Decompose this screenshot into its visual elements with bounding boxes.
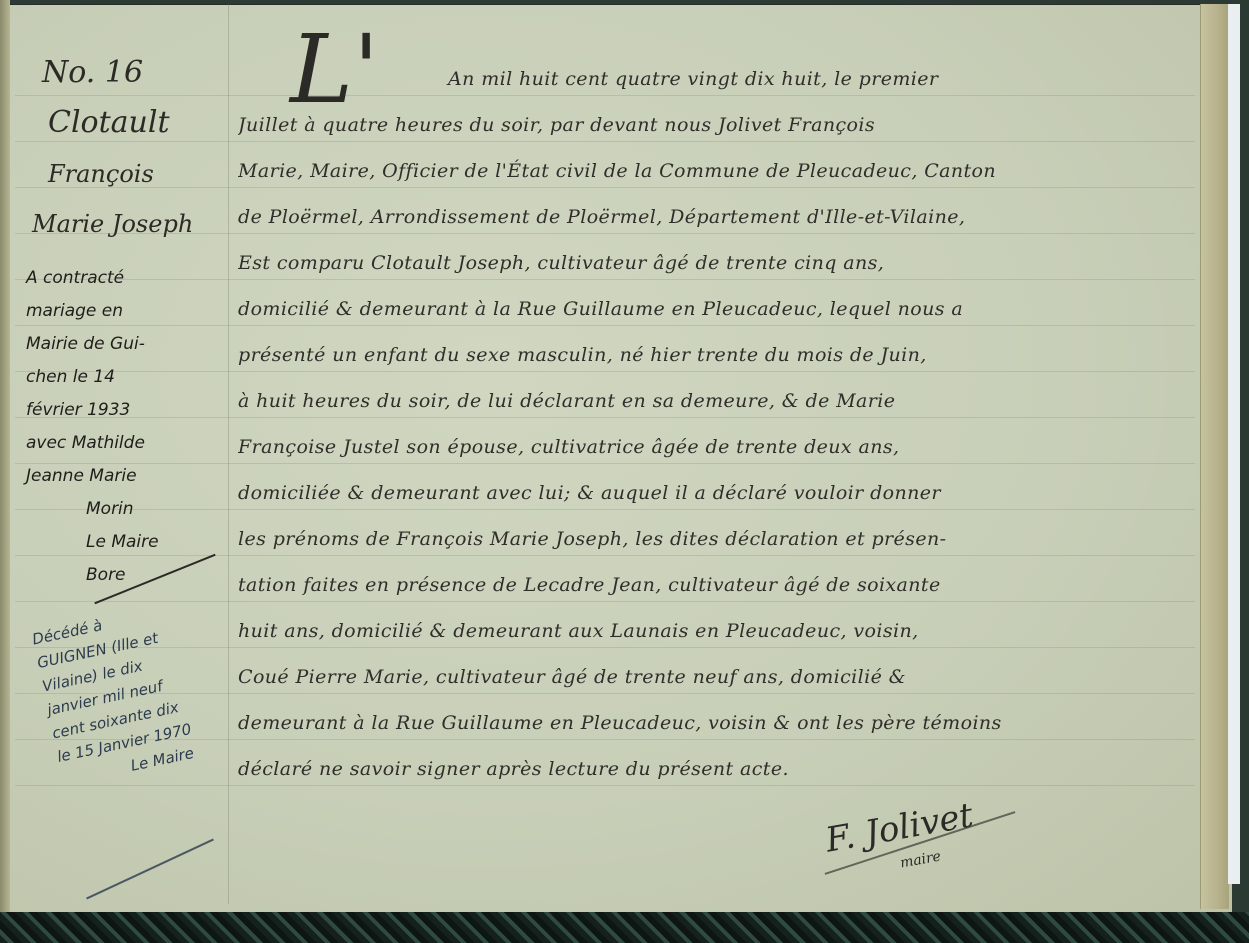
document-photo: No. 16 Clotault François Marie Joseph A …: [0, 0, 1249, 943]
mention-line: Jeanne Marie: [26, 460, 236, 493]
body-line: domiciliée & demeurant avec lui; & auque…: [238, 470, 1198, 516]
body-line: domicilié & demeurant à la Rue Guillaume…: [238, 286, 1198, 332]
mention-line: chen le 14: [26, 361, 236, 394]
body-line: présenté un enfant du sexe masculin, né …: [238, 332, 1198, 378]
body-line: An mil huit cent quatre vingt dix huit, …: [238, 56, 1198, 102]
body-line: les prénoms de François Marie Joseph, le…: [238, 516, 1198, 562]
body-line: Est comparu Clotault Joseph, cultivateur…: [238, 240, 1198, 286]
record-body: An mil huit cent quatre vingt dix huit, …: [238, 56, 1198, 792]
mention-line: A contracté: [26, 262, 236, 295]
page-binding: [0, 0, 10, 943]
mention-line: Mairie de Gui-: [26, 328, 236, 361]
mention-line: Le Maire: [26, 526, 236, 559]
body-line: Marie, Maire, Officier de l'État civil d…: [238, 148, 1198, 194]
body-line: demeurant à la Rue Guillaume en Pleucade…: [238, 700, 1198, 746]
mention-line: mariage en: [26, 295, 236, 328]
margin-given-names-2: Marie Joseph: [32, 210, 193, 238]
margin-surname: Clotault: [48, 105, 170, 140]
mention-line: avec Mathilde: [26, 427, 236, 460]
body-line: déclaré ne savoir signer après lecture d…: [238, 746, 1198, 792]
body-line: Françoise Justel son épouse, cultivatric…: [238, 424, 1198, 470]
body-line: Coué Pierre Marie, cultivateur âgé de tr…: [238, 654, 1198, 700]
body-line: à huit heures du soir, de lui déclarant …: [238, 378, 1198, 424]
mention-line: février 1933: [26, 394, 236, 427]
marriage-mention: A contracté mariage en Mairie de Gui- ch…: [26, 262, 236, 592]
page-stack-edge: [1228, 4, 1240, 884]
body-line: Juillet à quatre heures du soir, par dev…: [238, 102, 1198, 148]
record-number: No. 16: [42, 55, 143, 90]
margin-given-names-1: François: [48, 160, 154, 188]
mention-line: Morin: [26, 493, 236, 526]
page-edge: [1200, 4, 1229, 909]
marbled-book-cover: [0, 912, 1249, 943]
body-line: huit ans, domicilié & demeurant aux Laun…: [238, 608, 1198, 654]
body-line: de Ploërmel, Arrondissement de Ploërmel,…: [238, 194, 1198, 240]
body-line: tation faites en présence de Lecadre Jea…: [238, 562, 1198, 608]
